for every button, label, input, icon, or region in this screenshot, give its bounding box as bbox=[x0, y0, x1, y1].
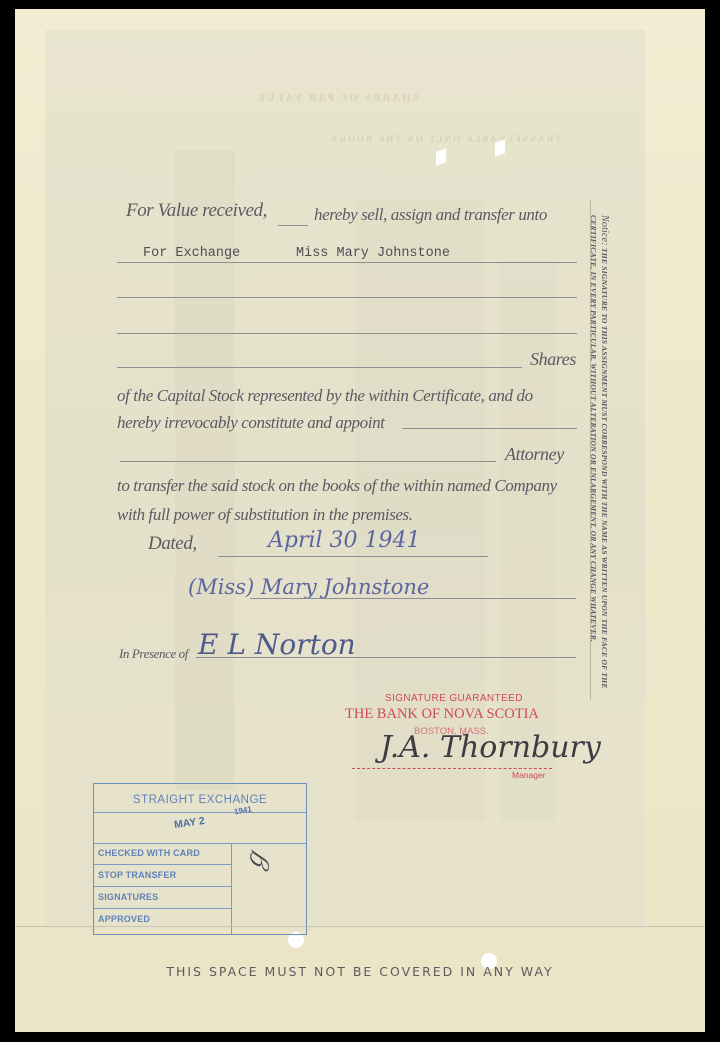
attorney-label: Attorney bbox=[505, 444, 564, 465]
stamp-row-stop-transfer: STOP TRANSFER bbox=[98, 870, 176, 880]
bank-signature-line bbox=[352, 768, 552, 769]
dated-value: April 30 1941 bbox=[268, 528, 421, 553]
transfer-text: to transfer the said stock on the books … bbox=[117, 476, 557, 496]
stamp-row-approved: APPROVED bbox=[98, 914, 150, 924]
fold-line bbox=[15, 926, 705, 927]
notice-border bbox=[590, 200, 591, 700]
footer-warning: THIS SPACE MUST NOT BE COVERED IN ANY WA… bbox=[0, 964, 720, 979]
sell-assign-transfer: hereby sell, assign and transfer unto bbox=[314, 205, 547, 225]
bleed-header: SHARES OF PAR VALUE bbox=[255, 92, 419, 104]
bank-stamp-name: THE BANK OF NOVA SCOTIA bbox=[345, 706, 539, 723]
dated-label: Dated, bbox=[148, 533, 197, 555]
stamp-divider bbox=[94, 886, 231, 887]
notice-lead: Notice: bbox=[599, 215, 610, 246]
notice-text: THE SIGNATURE TO THIS ASSIGNMENT MUST CO… bbox=[589, 215, 609, 689]
transfer-stamp: STRAIGHT EXCHANGE 1941 MAY 2 CHECKED WIT… bbox=[93, 783, 307, 935]
stamp-divider bbox=[94, 843, 306, 844]
stamp-divider bbox=[94, 812, 306, 813]
appoint-text: hereby irrevocably constitute and appoin… bbox=[117, 413, 385, 433]
presence-label: In Presence of bbox=[119, 646, 188, 662]
stamp-heading: STRAIGHT EXCHANGE bbox=[94, 794, 306, 806]
blank-line bbox=[278, 225, 308, 226]
attorney-line bbox=[120, 461, 496, 462]
witness-signature: E L Norton bbox=[198, 628, 356, 661]
capital-stock-text: of the Capital Stock represented by the … bbox=[117, 386, 533, 406]
stamp-row-checked: CHECKED WITH CARD bbox=[98, 848, 200, 858]
stamp-column-divider bbox=[231, 844, 232, 934]
transferee-typed-name: Miss Mary Johnstone bbox=[296, 246, 450, 261]
bank-stamp-line1: SIGNATURE GUARANTEED bbox=[385, 693, 523, 704]
for-value-received: For Value received, bbox=[126, 200, 267, 222]
stamp-date: MAY 2 bbox=[173, 815, 205, 831]
stamp-year: 1941 bbox=[233, 805, 252, 817]
notice-vertical: Notice: THE SIGNATURE TO THIS ASSIGNMENT… bbox=[588, 215, 610, 715]
shares-label: Shares bbox=[530, 349, 576, 370]
bleed-subheader: TRANSFERABLE ONLY ON THE BOOKS bbox=[330, 134, 561, 144]
transferee-typed-left: For Exchange bbox=[143, 246, 240, 261]
shares-line bbox=[117, 367, 522, 368]
transferee-line bbox=[117, 262, 577, 263]
bank-manager-signature: J.A. Thornbury bbox=[380, 730, 601, 765]
owner-signature: (Miss) Mary Johnstone bbox=[188, 575, 429, 599]
substitution-text: with full power of substitution in the p… bbox=[117, 505, 413, 525]
blank-line bbox=[117, 333, 577, 334]
stamp-divider bbox=[94, 908, 231, 909]
stamp-row-signatures: SIGNATURES bbox=[98, 892, 158, 902]
date-line bbox=[218, 556, 488, 557]
blank-line bbox=[117, 297, 577, 298]
stamp-divider bbox=[94, 864, 231, 865]
bank-stamp-title: Manager bbox=[512, 770, 546, 780]
appointee-line bbox=[402, 428, 577, 429]
signature-line bbox=[250, 598, 576, 599]
